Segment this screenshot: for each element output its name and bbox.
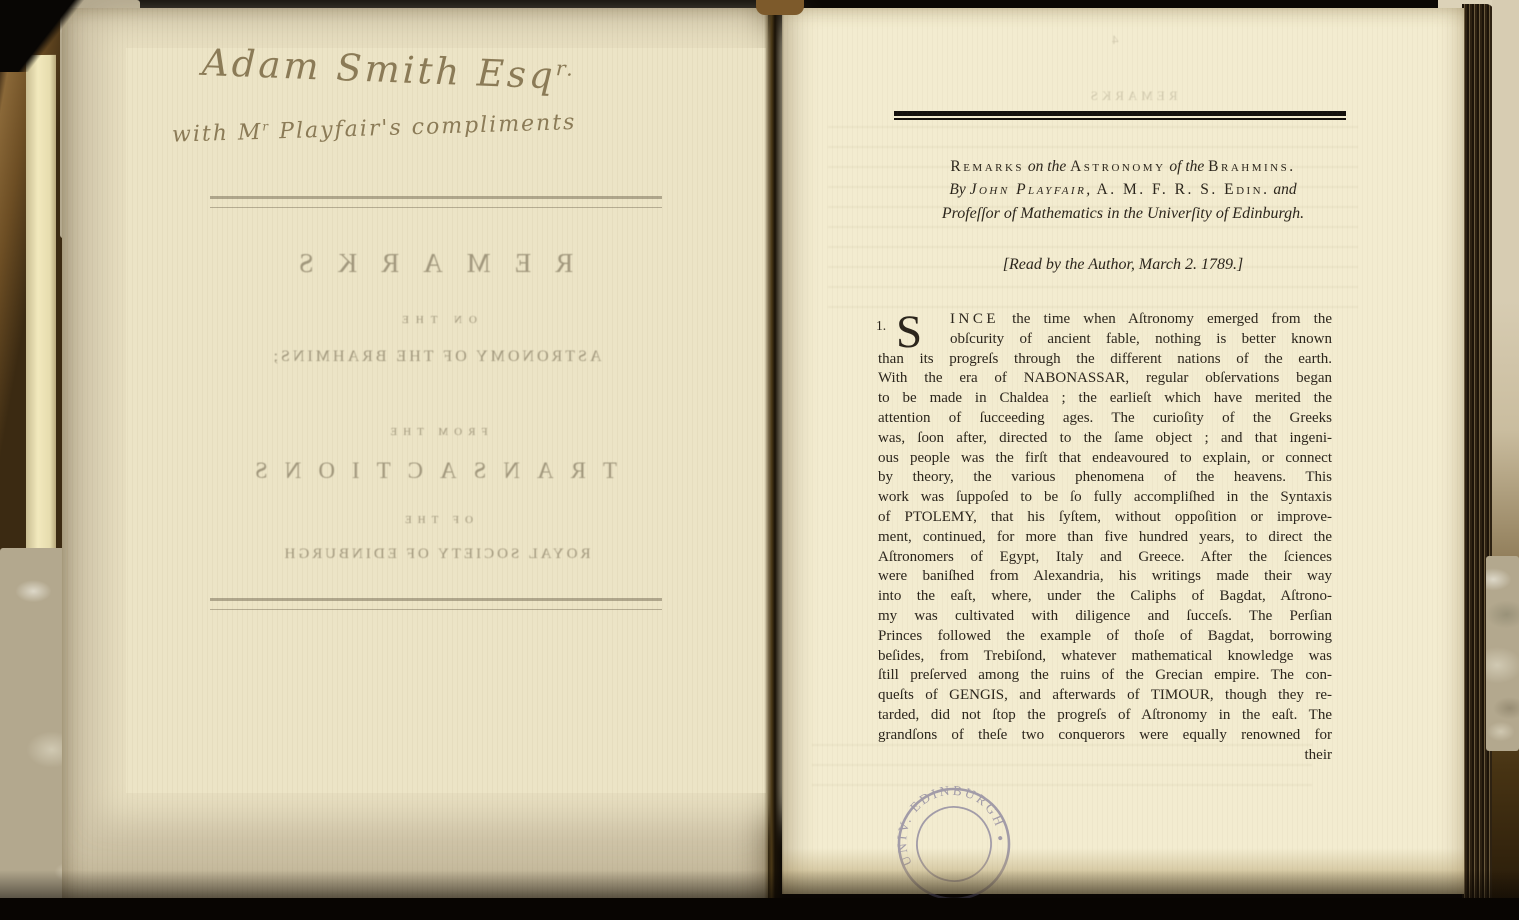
byline-by: By	[949, 181, 965, 198]
byline-author: John Playfair,	[970, 181, 1093, 198]
inscription-line1-superscript: r.	[555, 56, 576, 81]
inscription-line2-rest: Playfair's compliments	[270, 110, 577, 145]
drop-cap: S	[896, 312, 922, 352]
body-text-line: attention of ſucceeding ages. The curioſ…	[878, 409, 1332, 429]
head-rule	[894, 111, 1346, 120]
body-text-line: With the era of NABONASSAR, regular obſe…	[878, 369, 1332, 389]
body-lines: than its progreſs through the different …	[878, 350, 1332, 746]
byline-and: and	[1273, 181, 1296, 198]
body-text-line: ous people was the firſt that endeavoure…	[878, 449, 1332, 469]
body-text-line: than its progreſs through the different …	[878, 350, 1332, 370]
byline-title: Profeſſor of Mathematics in the Univerſi…	[840, 203, 1406, 225]
body-text-line: work was ſuppoſed to be ſo fully accompl…	[878, 488, 1332, 508]
right-cover-board	[1492, 0, 1519, 920]
body-text-line: into the eaſt, where, under the Caliphs …	[878, 587, 1332, 607]
body-text-line: was, ſoon after, directed to the ſame ob…	[878, 429, 1332, 449]
byline: By John Playfair, A. M. F. R. S. Edin. a…	[840, 179, 1406, 201]
byline-degrees: A. M. F. R. S. Edin.	[1097, 181, 1270, 198]
title-word-remarks: Remarks	[950, 158, 1024, 175]
showthrough-from-the: FROM THE	[210, 426, 662, 438]
article-title: Remarks on the Astronomy of the Brahmins…	[840, 156, 1406, 178]
showthrough-title: REMARKS	[210, 248, 662, 279]
body-text-line: tarded, did not ſtop the progreſs of Aſt…	[878, 706, 1332, 726]
binding-top	[756, 0, 804, 15]
right-page: 4 REMARKS Remarks on the Astronomy of th…	[782, 8, 1464, 894]
showthrough-transactions: TRANSACTIONS	[210, 458, 662, 484]
bottom-shadow	[0, 870, 1519, 900]
showthrough-page-number: 4	[1112, 32, 1119, 48]
left-page: Adam Smith Esqr. with Mr Playfair's comp…	[62, 8, 768, 905]
inscription-line1: Adam Smith Esq	[201, 41, 556, 98]
body-text-line: beſides, from Trebiſond, whatever mathem…	[878, 647, 1332, 667]
marbled-patch-bottom-right	[1486, 556, 1519, 751]
catchword: their	[878, 746, 1332, 766]
inscription-compliments: with Mr Playfair's compliments	[172, 110, 577, 148]
body-text-line: ment, continued, for more than five hund…	[878, 528, 1332, 548]
title-word-brahmins: Brahmins.	[1208, 158, 1295, 175]
body-text-line: of PTOLEMY, that his ſyſtem, without opp…	[878, 508, 1332, 528]
body-text-line: Princes followed the example of thoſe of…	[878, 627, 1332, 647]
right-page-stack-edges	[1462, 4, 1494, 902]
body-text-line: ſtill preſerved among the ruins of the G…	[878, 666, 1332, 686]
showthrough-rule-top	[210, 196, 662, 208]
body-text-line: grandſons of theſe two conquerors were e…	[878, 726, 1332, 746]
body-text-line: obſcurity of ancient fable, nothing is b…	[950, 330, 1332, 350]
title-word-on-the: on the	[1028, 158, 1066, 175]
background-corner-top-left	[0, 0, 120, 72]
showthrough-of-the: OF THE	[210, 514, 662, 526]
book-photo: Adam Smith Esqr. with Mr Playfair's comp…	[0, 0, 1519, 920]
title-word-astronomy: Astronomy	[1070, 158, 1165, 175]
showthrough-royal-society: ROYAL SOCIETY OF EDINBURGH	[210, 546, 662, 563]
background-bottom-band	[0, 898, 1519, 920]
showthrough-subtitle: ASTRONOMY OF THE BRAHMINS;	[210, 348, 662, 366]
read-by-author-line: [Read by the Author, March 2. 1789.]	[840, 256, 1406, 274]
body-paragraph: 1. S INCE the time when Aſtronomy emerge…	[878, 310, 1332, 765]
body-text-line: to be made in Chaldea ; the earlieſt whi…	[878, 389, 1332, 409]
body-text-line: INCE the time when Aſtronomy emerged fro…	[950, 310, 1332, 330]
body-text-line: my was cultivated with diligence and ſuc…	[878, 607, 1332, 627]
book-gutter	[764, 0, 784, 906]
body-text-line: were baniſhed from Alexandria, his writi…	[878, 567, 1332, 587]
paragraph-number: 1.	[876, 316, 886, 336]
first-line-rest: the time when Aſtronomy emerged from the	[999, 311, 1332, 327]
lead-capitals: INCE	[950, 311, 999, 327]
showthrough-rule-bottom	[210, 598, 662, 610]
body-text-line: by theory, the various phenomena of the …	[878, 468, 1332, 488]
article-title-block: Remarks on the Astronomy of the Brahmins…	[840, 156, 1406, 225]
title-word-of-the: of the	[1169, 158, 1204, 175]
inscription-recipient: Adam Smith Esqr.	[201, 41, 576, 98]
showthrough-on-the: ON THE	[210, 314, 662, 326]
showthrough-running-head: REMARKS	[1012, 88, 1252, 104]
inscription-line2: with M	[172, 120, 263, 148]
body-text-line: queſts of GENGIS, and afterwards of TIMO…	[878, 686, 1332, 706]
dropcap-indented-lines: INCE the time when Aſtronomy emerged fro…	[950, 310, 1332, 350]
body-text-line: Aſtronomers of Egypt, Italy and Greece. …	[878, 548, 1332, 568]
